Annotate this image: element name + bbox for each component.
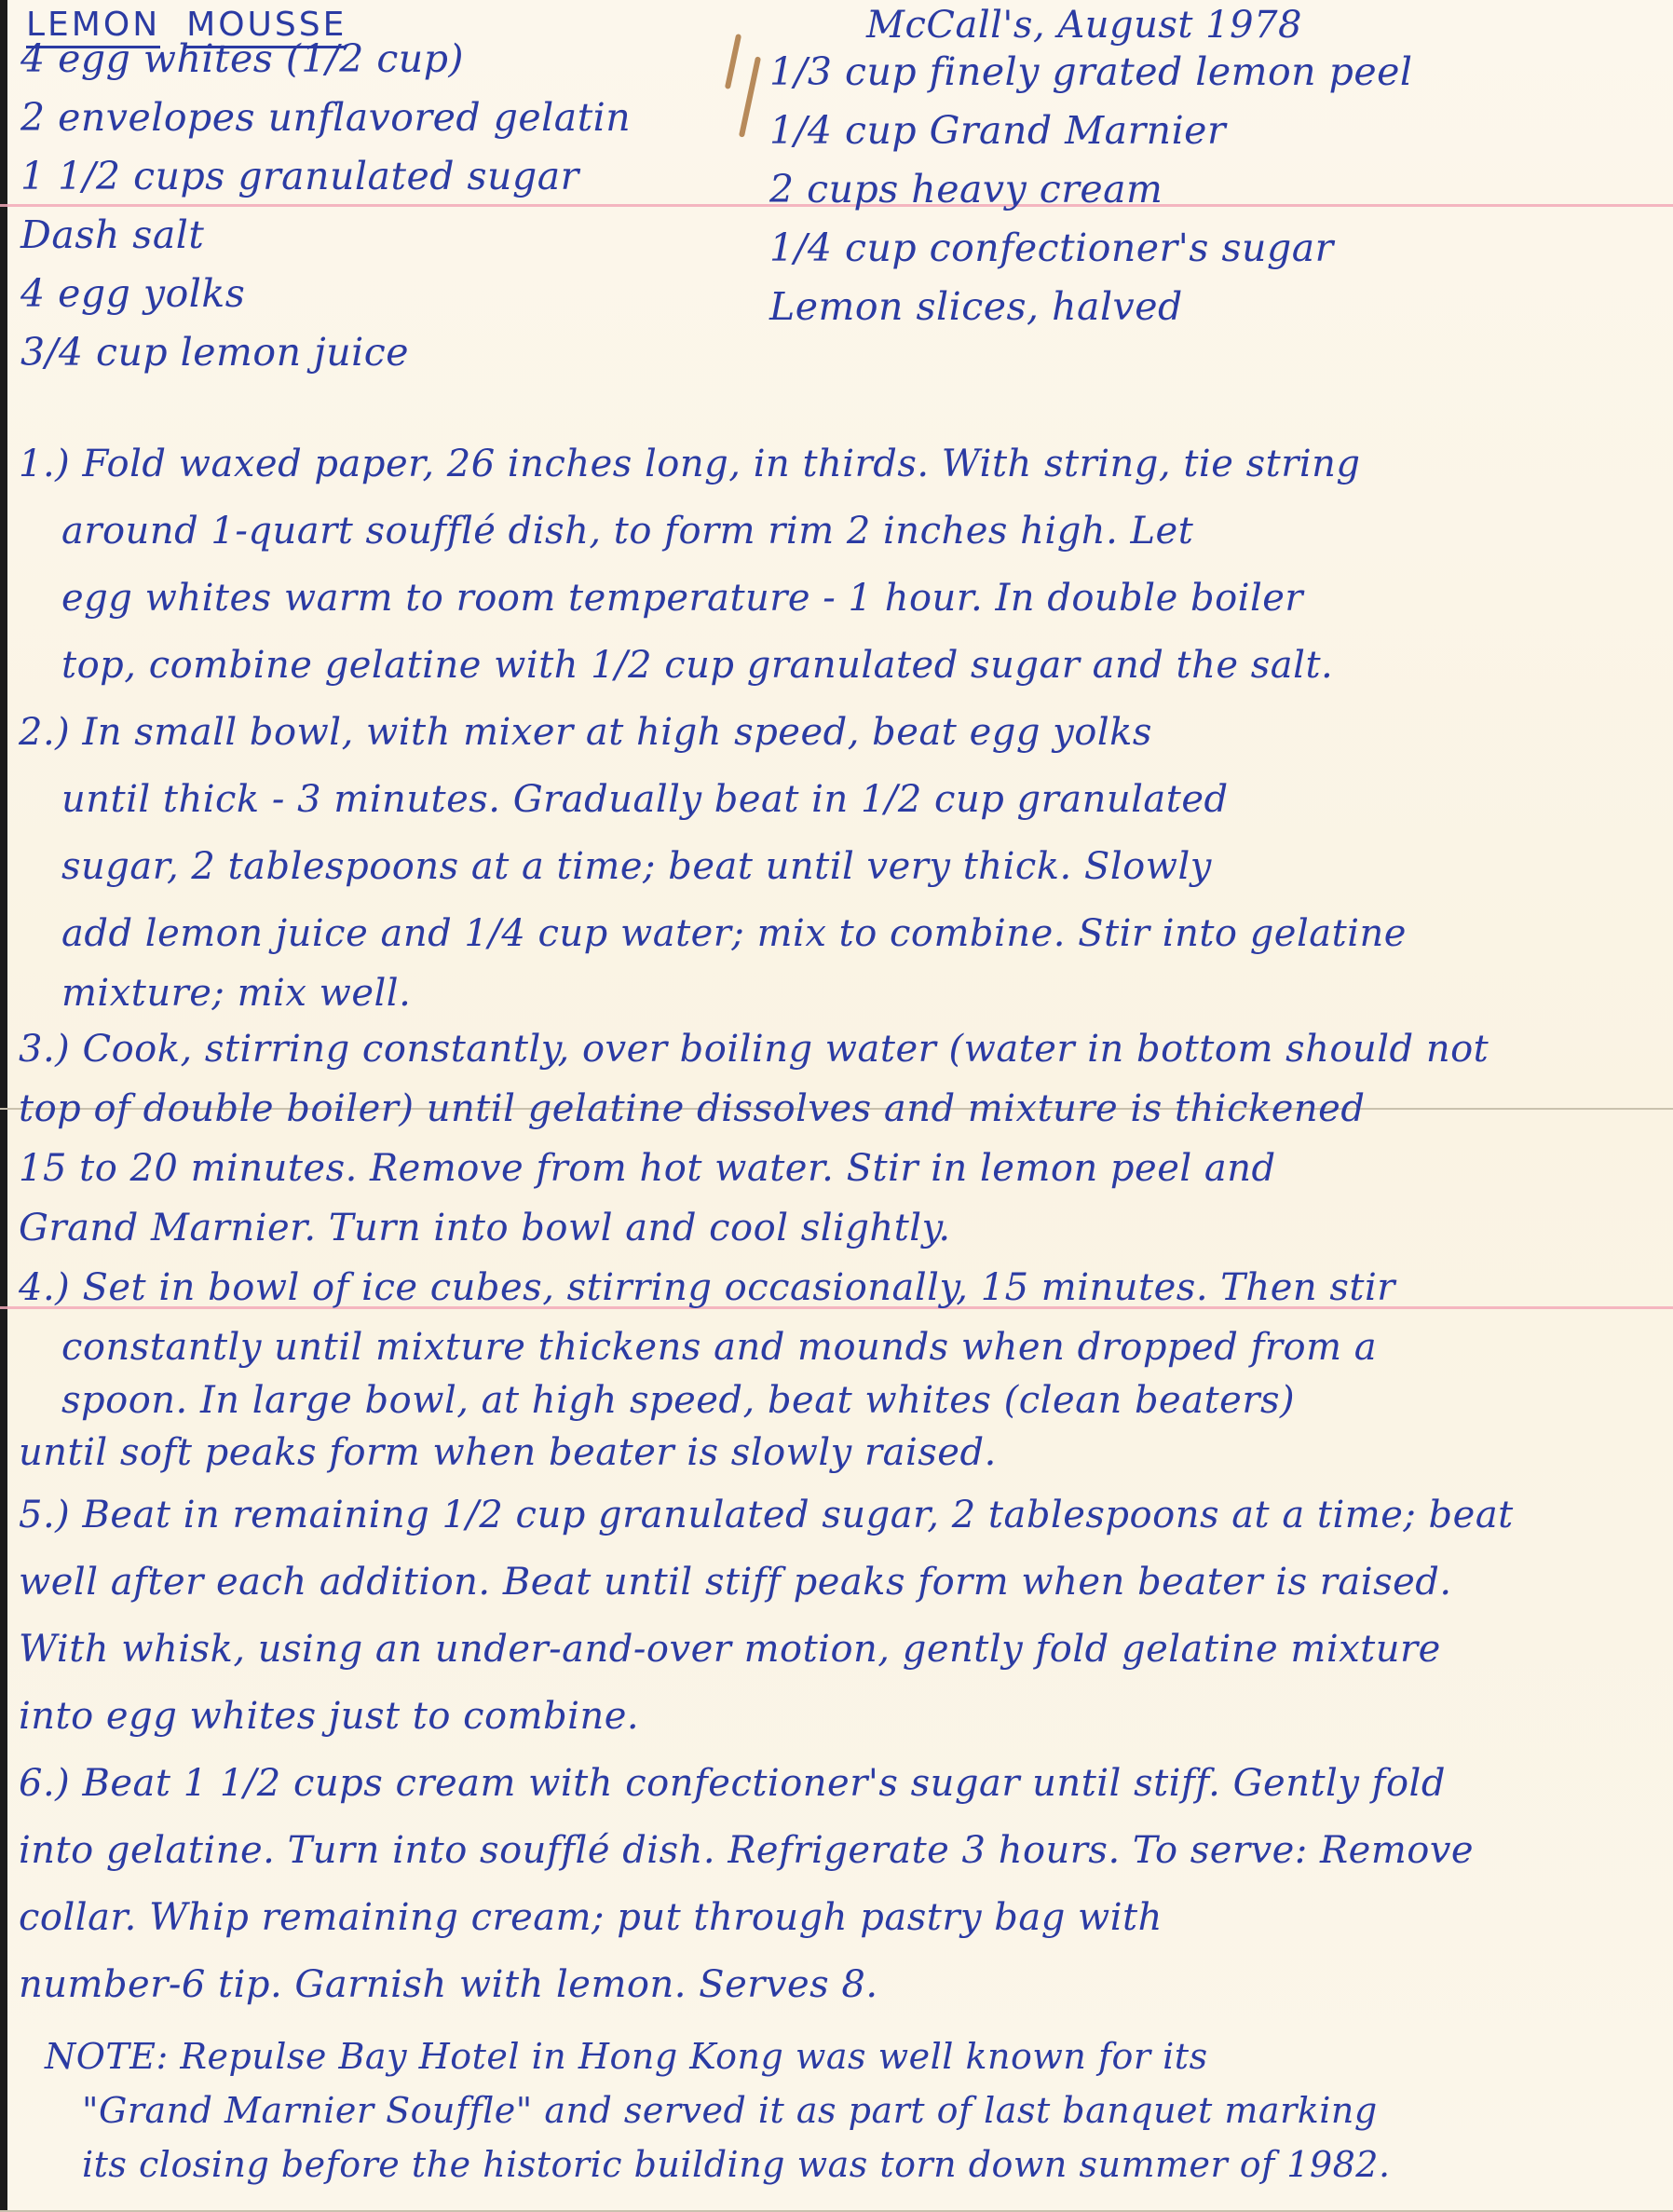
recipe-source: McCall's, August 1978 xyxy=(866,4,1302,47)
ingredient-item: 1/4 cup confectioner's sugar xyxy=(769,219,1413,278)
step-line: constantly until mixture thickens and mo… xyxy=(19,1318,1658,1377)
step-line: 15 to 20 minutes. Remove from hot water.… xyxy=(19,1139,1658,1198)
note-line: "Grand Marnier Souffle" and served it as… xyxy=(45,2083,1666,2137)
step-line: number-6 tip. Garnish with lemon. Serves… xyxy=(19,1951,1658,2018)
ingredient-item: 2 cups heavy cream xyxy=(769,160,1413,219)
step-line: around 1-quart soufflé dish, to form rim… xyxy=(19,498,1658,565)
step-line: With whisk, using an under-and-over moti… xyxy=(19,1616,1658,1683)
ingredient-item: 3/4 cup lemon juice xyxy=(20,323,631,382)
step-line: into egg whites just to combine. xyxy=(19,1683,1658,1750)
stain-mark xyxy=(739,56,761,137)
step-line: Grand Marnier. Turn into bowl and cool s… xyxy=(19,1198,1658,1258)
note-line: NOTE: Repulse Bay Hotel in Hong Kong was… xyxy=(45,2029,1666,2083)
step-5: 5.) Beat in remaining 1/2 cup granulated… xyxy=(19,1481,1658,1750)
ingredient-item: 4 egg whites (1/2 cup) xyxy=(20,30,631,89)
recipe-note: NOTE: Repulse Bay Hotel in Hong Kong was… xyxy=(45,2029,1666,2192)
step-line: sugar, 2 tablespoons at a time; beat unt… xyxy=(19,833,1658,900)
step-line: add lemon juice and 1/4 cup water; mix t… xyxy=(19,900,1658,967)
recipe-steps: 1.) Fold waxed paper, 26 inches long, in… xyxy=(19,430,1658,2018)
step-1: 1.) Fold waxed paper, 26 inches long, in… xyxy=(19,430,1658,699)
step-line: 6.) Beat 1 1/2 cups cream with confectio… xyxy=(19,1750,1658,1817)
ingredient-item: 2 envelopes unflavored gelatin xyxy=(20,89,631,147)
step-line: 3.) Cook, stirring constantly, over boil… xyxy=(19,1019,1658,1079)
step-line: well after each addition. Beat until sti… xyxy=(19,1549,1658,1616)
step-line: 4.) Set in bowl of ice cubes, stirring o… xyxy=(19,1258,1658,1318)
step-line: until thick - 3 minutes. Gradually beat … xyxy=(19,766,1658,833)
step-6: 6.) Beat 1 1/2 cups cream with confectio… xyxy=(19,1750,1658,2018)
ingredients-right: 1/3 cup finely grated lemon peel 1/4 cup… xyxy=(769,43,1413,336)
ingredient-item: 1 1/2 cups granulated sugar xyxy=(20,147,631,206)
recipe-page: LEMONMOUSSE McCall's, August 1978 4 egg … xyxy=(0,0,1673,2212)
step-2: 2.) In small bowl, with mixer at high sp… xyxy=(19,699,1658,1019)
ingredient-item: 1/4 cup Grand Marnier xyxy=(769,102,1413,160)
step-line: until soft peaks form when beater is slo… xyxy=(19,1424,1658,1481)
step-line: top of double boiler) until gelatine dis… xyxy=(19,1079,1658,1139)
ingredient-item: Lemon slices, halved xyxy=(769,278,1413,336)
stain-mark xyxy=(725,34,741,89)
step-line: into gelatine. Turn into soufflé dish. R… xyxy=(19,1817,1658,1884)
step-line: 1.) Fold waxed paper, 26 inches long, in… xyxy=(19,430,1658,498)
step-4: 4.) Set in bowl of ice cubes, stirring o… xyxy=(19,1258,1658,1481)
step-line: spoon. In large bowl, at high speed, bea… xyxy=(19,1377,1658,1424)
step-line: collar. Whip remaining cream; put throug… xyxy=(19,1884,1658,1951)
step-line: 5.) Beat in remaining 1/2 cup granulated… xyxy=(19,1481,1658,1549)
step-line: top, combine gelatine with 1/2 cup granu… xyxy=(19,632,1658,699)
ingredient-item: 4 egg yolks xyxy=(20,265,631,323)
ingredients-left: 4 egg whites (1/2 cup) 2 envelopes unfla… xyxy=(20,30,631,382)
step-line: egg whites warm to room temperature - 1 … xyxy=(19,565,1658,632)
scan-edge xyxy=(0,0,7,2212)
step-line: 2.) In small bowl, with mixer at high sp… xyxy=(19,699,1658,766)
step-line: mixture; mix well. xyxy=(19,967,1658,1019)
ingredient-item: Dash salt xyxy=(20,206,631,265)
note-line: its closing before the historic building… xyxy=(45,2137,1666,2192)
ingredient-item: 1/3 cup finely grated lemon peel xyxy=(769,43,1413,102)
step-3: 3.) Cook, stirring constantly, over boil… xyxy=(19,1019,1658,1258)
